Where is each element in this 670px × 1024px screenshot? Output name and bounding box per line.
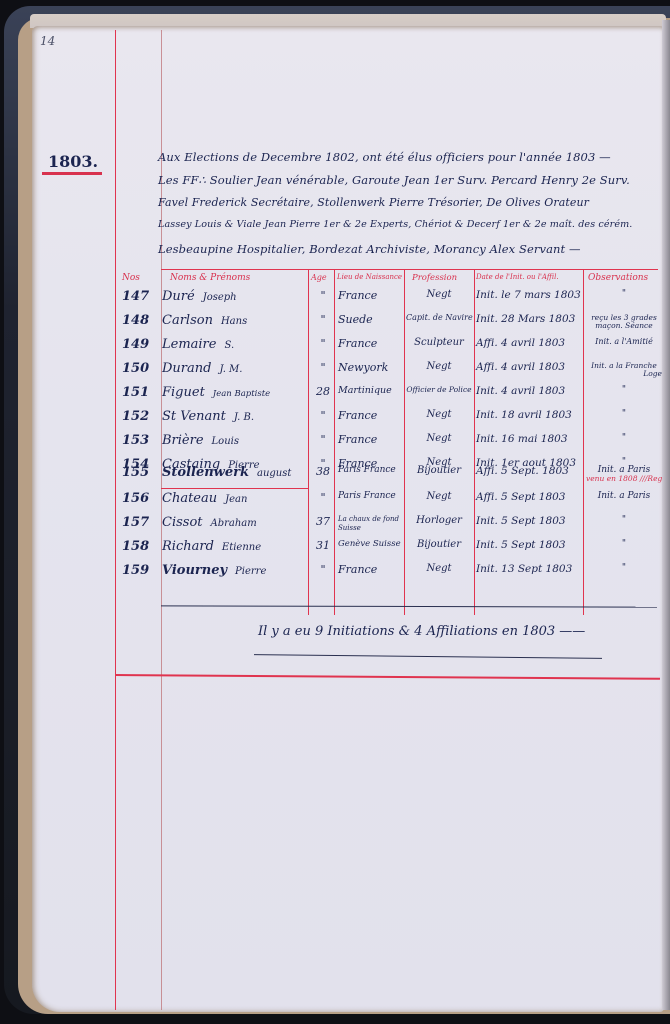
row-birthplace: France bbox=[338, 337, 377, 350]
header-age: Age bbox=[311, 273, 327, 282]
row-number: 148 bbox=[122, 313, 149, 328]
intro-line: Aux Elections de Decembre 1802, ont été … bbox=[158, 150, 611, 164]
header-no: Nos bbox=[122, 273, 140, 283]
row-observation: Init. a Parisvenu en 1808 ///Reg bbox=[586, 465, 662, 483]
row-name: Stollenwerkaugust bbox=[162, 465, 291, 480]
row-age: " bbox=[312, 433, 334, 446]
row-date: Affi. 5 Sept 1803 bbox=[476, 491, 565, 503]
row-name: LemaireS. bbox=[162, 337, 234, 352]
row-birthplace: La chaux de fond Suisse bbox=[338, 515, 404, 533]
row-date: Init. 28 Mars 1803 bbox=[476, 313, 575, 325]
row-number: 151 bbox=[122, 385, 149, 400]
row-profession: Negt bbox=[406, 433, 472, 444]
row-age: " bbox=[312, 289, 334, 302]
page-number: 14 bbox=[40, 34, 55, 48]
row-date: Affi. 5 Sept. 1803 bbox=[476, 465, 569, 477]
intro-line: Lesbeaupine Hospitalier, Bordezat Archiv… bbox=[158, 242, 581, 256]
row-name: CissotAbraham bbox=[162, 515, 257, 530]
table-row: 157 CissotAbraham 37 La chaux de fond Su… bbox=[0, 515, 670, 539]
table-row: 158 RichardEtienne 31 Genève Suisse Bijo… bbox=[0, 539, 670, 563]
row-number: 153 bbox=[122, 433, 149, 448]
row-observation: Init. a l'Amitié bbox=[586, 337, 662, 346]
row-profession: Negt bbox=[406, 409, 472, 420]
row-profession: Negt bbox=[406, 491, 472, 502]
row-age: 31 bbox=[312, 539, 334, 552]
row-birthplace: Genève Suisse bbox=[338, 539, 401, 549]
row-profession: Horloger bbox=[406, 515, 472, 526]
row-age: " bbox=[312, 563, 334, 576]
row-age: " bbox=[312, 361, 334, 374]
row-number: 156 bbox=[122, 491, 149, 506]
header-date: Date de l'Init. ou l'Affil. bbox=[476, 273, 559, 281]
row-date: Init. 18 avril 1803 bbox=[476, 409, 572, 421]
row-age: 37 bbox=[312, 515, 334, 528]
row-name: FiguetJean Baptiste bbox=[162, 385, 270, 400]
row-date: Affi. 4 avril 1803 bbox=[476, 361, 565, 373]
row-birthplace: France bbox=[338, 409, 377, 422]
row-observation: " bbox=[586, 385, 662, 395]
row-date: Init. 4 avril 1803 bbox=[476, 385, 565, 397]
row-birthplace: France bbox=[338, 289, 377, 302]
table-row: 148 CarlsonHans " Suede Capit. de Navire… bbox=[0, 313, 670, 337]
row-birthplace: Paris France bbox=[338, 491, 396, 501]
header-observations: Observations bbox=[588, 273, 648, 283]
row-name: ChateauJean bbox=[162, 491, 247, 506]
row-profession: Negt bbox=[406, 361, 472, 372]
table-row: 149 LemaireS. " France Sculpteur Affi. 4… bbox=[0, 337, 670, 361]
row-age: " bbox=[312, 337, 334, 350]
row-date: Init. le 7 mars 1803 bbox=[476, 289, 581, 301]
row-observation: " bbox=[586, 289, 662, 299]
row-number: 149 bbox=[122, 337, 149, 352]
row-date: Init. 13 Sept 1803 bbox=[476, 563, 572, 575]
row-profession: Sculpteur bbox=[406, 337, 472, 348]
table-row: 150 DurandJ. M. " Newyork Negt Affi. 4 a… bbox=[0, 361, 670, 385]
row-observation: " bbox=[586, 409, 662, 419]
row-birthplace: France bbox=[338, 563, 377, 576]
row-profession: Bijoutier bbox=[406, 465, 472, 476]
row-age: " bbox=[312, 491, 334, 504]
row-observation: " bbox=[586, 563, 662, 573]
row-name: DuréJoseph bbox=[162, 289, 237, 304]
table-row: 156 ChateauJean " Paris France Negt Affi… bbox=[0, 491, 670, 515]
row-name: ViourneyPierre bbox=[162, 563, 266, 578]
row-profession: Capit. de Navire bbox=[406, 313, 472, 322]
row-name: CarlsonHans bbox=[162, 313, 247, 328]
row-profession: Bijoutier bbox=[406, 539, 472, 550]
row-number: 159 bbox=[122, 563, 149, 578]
table-row: 151 FiguetJean Baptiste 28 Martinique Of… bbox=[0, 385, 670, 409]
row-observation: " bbox=[586, 433, 662, 443]
table-row: 147 DuréJoseph " France Negt Init. le 7 … bbox=[0, 289, 670, 313]
year-underline bbox=[42, 172, 102, 175]
row-name: St VenantJ. B. bbox=[162, 409, 254, 424]
row-observation: Init. a la FrancheLoge bbox=[586, 361, 662, 378]
row-date: Affi. 4 avril 1803 bbox=[476, 337, 565, 349]
row-observation: " bbox=[586, 515, 662, 525]
table-row: 159 ViourneyPierre " France Negt Init. 1… bbox=[0, 563, 670, 587]
year-heading: 1803. bbox=[48, 152, 98, 171]
intro-line: Favel Frederick Secrétaire, Stollenwerk … bbox=[158, 196, 589, 209]
row-observation: " bbox=[586, 539, 662, 549]
row-age: " bbox=[312, 313, 334, 326]
header-name: Noms & Prénoms bbox=[170, 273, 250, 283]
row-name: BrièreLouis bbox=[162, 433, 239, 448]
row-profession: Officier de Police bbox=[406, 385, 472, 394]
row-observation: reçu les 3 gradesmaçon. Séance bbox=[586, 313, 662, 330]
row-observation: Init. a Paris bbox=[586, 491, 662, 501]
table-row: 153 BrièreLouis " France Negt Init. 16 m… bbox=[0, 433, 670, 457]
header-profession: Profession bbox=[412, 273, 457, 283]
row-name: RichardEtienne bbox=[162, 539, 261, 554]
row-number: 155 bbox=[122, 465, 149, 480]
row-number: 158 bbox=[122, 539, 149, 554]
header-birthplace: Lieu de Naissance bbox=[337, 273, 402, 281]
table-row: 152 St VenantJ. B. " France Negt Init. 1… bbox=[0, 409, 670, 433]
row-profession: Negt bbox=[406, 289, 472, 300]
row-profession: Negt bbox=[406, 563, 472, 574]
row-birthplace: Suede bbox=[338, 313, 373, 326]
row-date: Init. 5 Sept 1803 bbox=[476, 539, 566, 551]
row-birthplace: Martinique bbox=[338, 385, 392, 396]
row-number: 157 bbox=[122, 515, 149, 530]
row-birthplace: France bbox=[338, 433, 377, 446]
row-name: DurandJ. M. bbox=[162, 361, 242, 376]
intro-line: Les FF∴ Soulier Jean vénérable, Garoute … bbox=[158, 173, 630, 187]
row-age: 38 bbox=[312, 465, 334, 478]
row-date: Init. 5 Sept 1803 bbox=[476, 515, 566, 527]
row-number: 150 bbox=[122, 361, 149, 376]
row-age: 28 bbox=[312, 385, 334, 398]
summary-line: Il y a eu 9 Initiations & 4 Affiliations… bbox=[258, 624, 585, 639]
row-birthplace: Newyork bbox=[338, 361, 388, 374]
intro-line: Lassey Louis & Viale Jean Pierre 1er & 2… bbox=[158, 219, 632, 230]
row-date: Init. 16 mai 1803 bbox=[476, 433, 568, 445]
row-number: 147 bbox=[122, 289, 149, 304]
row-number: 152 bbox=[122, 409, 149, 424]
row-birthplace: Paris France bbox=[338, 465, 396, 475]
row-age: " bbox=[312, 409, 334, 422]
table-row: 155 Stollenwerkaugust 38 Paris France Bi… bbox=[0, 465, 670, 489]
